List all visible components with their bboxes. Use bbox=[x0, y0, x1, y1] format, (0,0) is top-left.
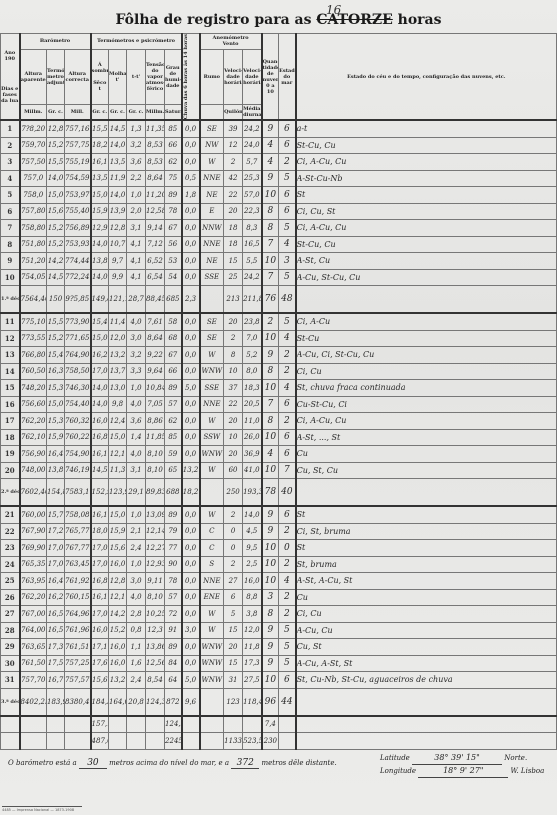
cell-diff: 3,0 bbox=[127, 573, 146, 590]
cell-diff: 2,1 bbox=[127, 523, 146, 540]
header-difference: t-t' bbox=[127, 49, 146, 105]
cell-alt-ap: 767,00 bbox=[20, 606, 47, 623]
day-cell: 20 bbox=[1, 462, 20, 479]
cell-term: 16,5 bbox=[47, 622, 65, 639]
sky-state-cell bbox=[296, 286, 557, 314]
cell-mar: 6 bbox=[279, 203, 296, 220]
cell-nuv: 10 bbox=[262, 380, 279, 397]
sky-state-cell: St bbox=[296, 187, 557, 204]
cell-vel2: 16,0 bbox=[243, 573, 262, 590]
cell-mar: 2 bbox=[279, 347, 296, 364]
cell-vel2: 5,5 bbox=[243, 253, 262, 270]
cell-molh: 11,9 bbox=[109, 170, 127, 187]
cell-seco: 149,8 bbox=[91, 286, 109, 314]
cell-tensao: 10,84 bbox=[146, 380, 165, 397]
cell-tensao: 8,64 bbox=[146, 170, 165, 187]
cell-rumo: WNW bbox=[200, 446, 224, 463]
cell-seco: 14,0 bbox=[91, 236, 109, 253]
cell-mar: 48 bbox=[279, 286, 296, 314]
cell-nuv: 10 bbox=[262, 253, 279, 270]
cell-molh: 123,9 bbox=[109, 479, 127, 507]
cell-alt-corr: 756,89 bbox=[65, 220, 91, 237]
cell-nuv: 10 bbox=[262, 187, 279, 204]
sky-state-cell: Ci, A-Cu, Cu bbox=[296, 220, 557, 237]
longitude-value: 18° 9' 27" bbox=[418, 765, 508, 778]
cell-mar: 44 bbox=[279, 688, 296, 716]
cell-diff: 4,0 bbox=[127, 589, 146, 606]
cell-vel: 20 bbox=[224, 639, 243, 656]
cell-alt-corr: 761,96 bbox=[65, 622, 91, 639]
cell-molh: 15,6 bbox=[109, 540, 127, 557]
cell-tensao: 8,10 bbox=[146, 446, 165, 463]
cell-molh: 12,1 bbox=[109, 446, 127, 463]
cell-molh: 15,0 bbox=[109, 506, 127, 523]
sky-state-cell: Cu-St-Cu, Ci bbox=[296, 396, 557, 413]
cell-vel: 15 bbox=[224, 655, 243, 672]
cell-alt-ap: 757,0 bbox=[20, 170, 47, 187]
cell-term: 15,2 bbox=[47, 220, 65, 237]
cell-tensao: 9,22 bbox=[146, 347, 165, 364]
cell-tensao: 13,86 bbox=[146, 639, 165, 656]
cell-seco: 17,1 bbox=[91, 639, 109, 656]
table-row: 25763,9516,4761,9216,812,83,09,11780,0NN… bbox=[1, 573, 557, 590]
cell-alt-ap: 775,10 bbox=[20, 313, 47, 330]
day-cell: 22 bbox=[1, 523, 20, 540]
cell-rumo: SSE bbox=[200, 380, 224, 397]
cell-rumo: NE bbox=[200, 253, 224, 270]
cell-molh: 15,0 bbox=[109, 429, 127, 446]
cell-alt-corr: 746,19 bbox=[65, 462, 91, 479]
cell-mar: 5 bbox=[279, 622, 296, 639]
cell-rumo: S bbox=[200, 556, 224, 573]
cell-seco: 12,9 bbox=[91, 220, 109, 237]
day-cell: 4 bbox=[1, 170, 20, 187]
cell-alt-ap: 7?8,20 bbox=[20, 120, 47, 137]
cell-vel2: 5,7 bbox=[243, 154, 262, 171]
day-cell: 7 bbox=[1, 220, 20, 237]
cell-diff: 2,4 bbox=[127, 540, 146, 557]
cell-alt-corr: 754,90 bbox=[65, 446, 91, 463]
cell-vel2: 4,5 bbox=[243, 523, 262, 540]
cell-seco: 15,6 bbox=[91, 672, 109, 689]
decade-summary-row: 1.ª década7564,401509?5,85149,8121,128,7… bbox=[1, 286, 557, 314]
cell-grau: 68 bbox=[165, 330, 182, 347]
cell-tensao: 8,54 bbox=[146, 672, 165, 689]
cell-alt-corr: 761,92 bbox=[65, 573, 91, 590]
header-sky-state: Estado do céu e do tempo, configuração d… bbox=[296, 34, 557, 121]
sky-state-cell: Ci, Cu bbox=[296, 606, 557, 623]
cell-alt-corr: 763,45 bbox=[65, 556, 91, 573]
cell-alt-corr: 757,75 bbox=[65, 137, 91, 154]
cell-term: 15,2 bbox=[47, 236, 65, 253]
cell-seco: 17,0 bbox=[91, 606, 109, 623]
cell-tensao: 12,93 bbox=[146, 556, 165, 573]
cell-vel: 0 bbox=[224, 523, 243, 540]
cell-vel2: 5,2 bbox=[243, 347, 262, 364]
barometer-distance-value: 372 bbox=[231, 758, 259, 769]
cell-molh: 16,0 bbox=[109, 639, 127, 656]
title-prefix: Fôlha de registro para as bbox=[116, 12, 312, 28]
table-row: 11775,1015,5773,9015,411,44,07,61580,0SE… bbox=[1, 313, 557, 330]
cell-vel: 6 bbox=[224, 589, 243, 606]
cell-seco: 16,1 bbox=[91, 154, 109, 171]
cell-term: 150 bbox=[47, 286, 65, 314]
day-cell: 26 bbox=[1, 589, 20, 606]
register-rows: 17?8,2012,8757,1615,514,51,311,35850,0SE… bbox=[1, 120, 557, 716]
cell-term: 17,0 bbox=[47, 556, 65, 573]
cell-molh: 13,2 bbox=[109, 672, 127, 689]
cell-alt-ap: 763,95 bbox=[20, 573, 47, 590]
cell-diff: 1,6 bbox=[127, 655, 146, 672]
cell-diff: 1,0 bbox=[127, 187, 146, 204]
cell-alt-ap: 761,50 bbox=[20, 655, 47, 672]
cell-vel2: 20,5 bbox=[243, 396, 262, 413]
cell-alt-corr: 760,32 bbox=[65, 413, 91, 430]
cell-grau: 688 bbox=[165, 479, 182, 507]
cell-vel2: 17,3 bbox=[243, 655, 262, 672]
cell-vel: 123 bbox=[224, 688, 243, 716]
header-wind-direction: Rumo bbox=[200, 49, 224, 105]
sky-state-cell: Ci, A-Cu, Cu bbox=[296, 413, 557, 430]
cell-chuva: 0,0 bbox=[182, 154, 200, 171]
cell-grau: 66 bbox=[165, 363, 182, 380]
table-row: 5758,015,0753,9715,014,01,011,20891,8NE2… bbox=[1, 187, 557, 204]
cell-vel: 22 bbox=[224, 396, 243, 413]
table-row: 13766,8015,4764,9016,213,23,29,22670,0W8… bbox=[1, 347, 557, 364]
cell-diff: 4,0 bbox=[127, 446, 146, 463]
cell-nuv: 9 bbox=[262, 622, 279, 639]
cell-seco: 17,0 bbox=[91, 540, 109, 557]
cell-grau: 685 bbox=[165, 286, 182, 314]
cell-vel: 0 bbox=[224, 540, 243, 557]
table-row: 22767,9017,2765,7718,015,92,112,14790,0C… bbox=[1, 523, 557, 540]
table-row: 10754,0514,5772,2414,09,94,16,54540,0SSE… bbox=[1, 269, 557, 286]
cell-chuva: 0,0 bbox=[182, 347, 200, 364]
cell-alt-ap: 765,35 bbox=[20, 556, 47, 573]
cell-alt-ap: 757,70 bbox=[20, 672, 47, 689]
cell-diff: 1,0 bbox=[127, 380, 146, 397]
cell-nuv: 7 bbox=[262, 396, 279, 413]
cell-rumo: C bbox=[200, 540, 224, 557]
cell-rumo: WNW bbox=[200, 672, 224, 689]
cell-alt-ap: 762,10 bbox=[20, 429, 47, 446]
total-wind-mean-2: 523,5 bbox=[243, 733, 262, 750]
cell-vel2: 16,5 bbox=[243, 236, 262, 253]
cell-chuva: 0,0 bbox=[182, 540, 200, 557]
cell-vel2: 22,3 bbox=[243, 203, 262, 220]
cell-diff: 2,2 bbox=[127, 170, 146, 187]
cell-term: 16,4 bbox=[47, 573, 65, 590]
cell-tensao: 89,83 bbox=[146, 479, 165, 507]
cell-tensao: 13,09 bbox=[146, 506, 165, 523]
cell-diff: 28,7 bbox=[127, 286, 146, 314]
day-cell: 5 bbox=[1, 187, 20, 204]
cell-vel2: 36,9 bbox=[243, 446, 262, 463]
cell-tensao: 7,12 bbox=[146, 236, 165, 253]
cell-nuv: 9 bbox=[262, 347, 279, 364]
cell-diff: 2,0 bbox=[127, 203, 146, 220]
header-barometer: Barómetro bbox=[20, 34, 91, 50]
cell-term: 17,2 bbox=[47, 523, 65, 540]
latitude-value: 38° 39' 15" bbox=[412, 752, 502, 765]
cell-term: 15,5 bbox=[47, 154, 65, 171]
cell-vel2: 8,8 bbox=[243, 589, 262, 606]
cell-vel: 2 bbox=[224, 556, 243, 573]
cell-term: 13,8 bbox=[47, 462, 65, 479]
sky-state-cell: Ci, A-Cu bbox=[296, 313, 557, 330]
cell-tensao: 11,85 bbox=[146, 429, 165, 446]
sky-state-cell: Ci, Cu bbox=[296, 363, 557, 380]
cell-molh: 12,1 bbox=[109, 589, 127, 606]
cell-chuva: 1,8 bbox=[182, 187, 200, 204]
header-thermometers: Termómetros e psicrómetro bbox=[91, 34, 182, 50]
cell-vel2: 118,4 bbox=[243, 688, 262, 716]
cell-term: 15,9 bbox=[47, 429, 65, 446]
table-row: 26762,2016,2760,1516,112,14,08,10570,0EN… bbox=[1, 589, 557, 606]
cell-mar: 2 bbox=[279, 523, 296, 540]
cell-seco: 18,0 bbox=[91, 523, 109, 540]
cell-vel: 20 bbox=[224, 313, 243, 330]
cell-term: 154,8 bbox=[47, 479, 65, 507]
cell-chuva: 0,0 bbox=[182, 363, 200, 380]
cell-nuv: 9 bbox=[262, 639, 279, 656]
cell-alt-corr: 8380,47 bbox=[65, 688, 91, 716]
table-row: 17?8,2012,8757,1615,514,51,311,35850,0SE… bbox=[1, 120, 557, 137]
cell-nuv: 10 bbox=[262, 462, 279, 479]
cell-alt-corr: 761,51 bbox=[65, 639, 91, 656]
cell-mar: 4 bbox=[279, 236, 296, 253]
table-row: 18762,1015,9760,2216,815,01,411,85850,0S… bbox=[1, 429, 557, 446]
cell-rumo: NE bbox=[200, 187, 224, 204]
cell-vel: 39 bbox=[224, 120, 243, 137]
cell-nuv: 8 bbox=[262, 606, 279, 623]
cell-mar: 3 bbox=[279, 253, 296, 270]
cell-tensao: 12,3 bbox=[146, 622, 165, 639]
cell-rumo: SSW bbox=[200, 429, 224, 446]
cell-vel: 22 bbox=[224, 187, 243, 204]
cell-rumo: WNW bbox=[200, 363, 224, 380]
cell-alt-ap: 748,20 bbox=[20, 380, 47, 397]
title-struck-hour: CATORZE bbox=[316, 12, 392, 28]
cell-molh: 16,0 bbox=[109, 655, 127, 672]
cell-molh: 14,2 bbox=[109, 606, 127, 623]
cell-tensao: 8,10 bbox=[146, 589, 165, 606]
day-cell: 2 bbox=[1, 137, 20, 154]
unit-attached-thermometer: Gr. c. bbox=[47, 105, 65, 121]
cell-vel2: 8,3 bbox=[243, 220, 262, 237]
cell-diff: 1,0 bbox=[127, 506, 146, 523]
cell-grau: 53 bbox=[165, 253, 182, 270]
cell-alt-corr: 758,50 bbox=[65, 363, 91, 380]
cell-mar: 6 bbox=[279, 137, 296, 154]
unit-apparent-height: Millm. bbox=[20, 105, 47, 121]
cell-molh: 14,0 bbox=[109, 187, 127, 204]
cell-term: 16,5 bbox=[47, 606, 65, 623]
cell-grau: 89 bbox=[165, 380, 182, 397]
cell-vel2: 41,0 bbox=[243, 462, 262, 479]
cell-chuva: 0,0 bbox=[182, 573, 200, 590]
cell-seco: 152,9 bbox=[91, 479, 109, 507]
cell-grau: 84 bbox=[165, 655, 182, 672]
page-title: Fôlha de registro para as CATORZE horas bbox=[0, 12, 557, 28]
cell-term: 15,2 bbox=[47, 137, 65, 154]
day-cell: 16 bbox=[1, 396, 20, 413]
cell-grau: 62 bbox=[165, 413, 182, 430]
cell-chuva: 0,0 bbox=[182, 446, 200, 463]
cell-chuva: 0,0 bbox=[182, 269, 200, 286]
cell-alt-ap: 7602,40 bbox=[20, 479, 47, 507]
cell-rumo: WNW bbox=[200, 639, 224, 656]
cell-nuv: 10 bbox=[262, 540, 279, 557]
cell-diff: 3,2 bbox=[127, 137, 146, 154]
cell-vel2: 11,0 bbox=[243, 413, 262, 430]
cell-vel2: 24,2 bbox=[243, 269, 262, 286]
cell-rumo: W bbox=[200, 622, 224, 639]
cell-mar: 2 bbox=[279, 589, 296, 606]
sky-state-cell: St-Cu bbox=[296, 330, 557, 347]
cell-tensao: 7,05 bbox=[146, 396, 165, 413]
cell-vel: 60 bbox=[224, 462, 243, 479]
cell-vel2: 14,0 bbox=[243, 506, 262, 523]
cell-seco: 17,6 bbox=[91, 655, 109, 672]
cell-alt-ap: 751,20 bbox=[20, 253, 47, 270]
cell-seco: 16,1 bbox=[91, 506, 109, 523]
cell-grau: 62 bbox=[165, 154, 182, 171]
table-row: 14760,5016,3758,5017,013,73,39,64660,0WN… bbox=[1, 363, 557, 380]
latitude-line: Latitude 38° 39' 15" Norte. bbox=[380, 752, 544, 765]
sky-state-cell: Cu bbox=[296, 446, 557, 463]
cell-chuva: 18,2 bbox=[182, 479, 200, 507]
cell-chuva: 0,0 bbox=[182, 137, 200, 154]
header-anemometer: AnemómetroVento bbox=[200, 34, 262, 50]
sky-state-cell: St-Cu, Cu bbox=[296, 236, 557, 253]
cell-rumo bbox=[200, 479, 224, 507]
cell-rumo: W bbox=[200, 413, 224, 430]
cell-molh: 13,7 bbox=[109, 363, 127, 380]
cell-diff: 3,1 bbox=[127, 220, 146, 237]
cell-nuv: 96 bbox=[262, 688, 279, 716]
cell-rumo: SE bbox=[200, 120, 224, 137]
cell-seco: 16,0 bbox=[91, 413, 109, 430]
cell-seco: 14,0 bbox=[91, 380, 109, 397]
cell-tensao: 10,25 bbox=[146, 606, 165, 623]
cell-vel: 12 bbox=[224, 137, 243, 154]
unit-wind-direction bbox=[200, 105, 224, 121]
day-cell: 9 bbox=[1, 253, 20, 270]
header-apparent-height: Altura aparente bbox=[20, 49, 47, 105]
cell-alt-corr: 765,77 bbox=[65, 523, 91, 540]
cell-chuva: 0,0 bbox=[182, 313, 200, 330]
cell-term: 16,2 bbox=[47, 589, 65, 606]
cell-diff: 3,1 bbox=[127, 462, 146, 479]
cell-grau: 90 bbox=[165, 556, 182, 573]
table-row: 29763,6517,3761,5117,116,01,113,86890,0W… bbox=[1, 639, 557, 656]
cell-term: 15,5 bbox=[47, 313, 65, 330]
cell-alt-ap: 748,00 bbox=[20, 462, 47, 479]
header-humidity: Grau de humi-dade bbox=[165, 49, 182, 105]
cell-diff: 3,0 bbox=[127, 330, 146, 347]
cell-alt-corr: 764,96 bbox=[65, 606, 91, 623]
unit-wet: Gr. c. bbox=[109, 105, 127, 121]
cell-molh: 13,2 bbox=[109, 347, 127, 364]
cell-grau: 57 bbox=[165, 396, 182, 413]
cell-vel: 10 bbox=[224, 363, 243, 380]
cell-vel2: 24,0 bbox=[243, 137, 262, 154]
cell-alt-corr: 757,25 bbox=[65, 655, 91, 672]
cell-vel: 2 bbox=[224, 506, 243, 523]
cell-nuv: 78 bbox=[262, 479, 279, 507]
cell-term: 15,7 bbox=[47, 506, 65, 523]
sky-state-cell: Ci, Cu, St bbox=[296, 203, 557, 220]
cell-alt-corr: 753,93 bbox=[65, 236, 91, 253]
totals-rows: 157,1 124,5 7,4 487,0 2245 1133 523,5 23… bbox=[1, 716, 557, 750]
printer-imprint: 4485 — Imprensa Nacional — 1873-1908 bbox=[2, 806, 82, 812]
cell-vel: 15 bbox=[224, 253, 243, 270]
decade-summary-row: 2.ª década7602,40154,87583,11152,9123,92… bbox=[1, 479, 557, 507]
cell-vel2: 25,3 bbox=[243, 170, 262, 187]
cell-alt-corr: 764,90 bbox=[65, 347, 91, 364]
cell-term: 15,0 bbox=[47, 396, 65, 413]
cell-vel: 18 bbox=[224, 220, 243, 237]
cell-grau: 67 bbox=[165, 347, 182, 364]
cell-mar: 2 bbox=[279, 556, 296, 573]
cell-molh: 10,7 bbox=[109, 236, 127, 253]
cell-term: 17,3 bbox=[47, 639, 65, 656]
cell-mar: 2 bbox=[279, 413, 296, 430]
cell-rumo bbox=[200, 286, 224, 314]
cell-molh: 121,1 bbox=[109, 286, 127, 314]
cell-vel: 5 bbox=[224, 606, 243, 623]
cell-chuva: 0,0 bbox=[182, 220, 200, 237]
cell-rumo: NNE bbox=[200, 236, 224, 253]
cell-molh: 11,3 bbox=[109, 462, 127, 479]
cell-vel2: 211,8 bbox=[243, 286, 262, 314]
cell-seco: 17,0 bbox=[91, 556, 109, 573]
cell-alt-ap: 756,60 bbox=[20, 396, 47, 413]
cell-seco: 16,1 bbox=[91, 589, 109, 606]
cell-term: 17,5 bbox=[47, 655, 65, 672]
day-cell: 17 bbox=[1, 413, 20, 430]
day-cell: 11 bbox=[1, 313, 20, 330]
cell-rumo: NNE bbox=[200, 170, 224, 187]
cell-molh: 12,8 bbox=[109, 573, 127, 590]
cell-diff: 4,1 bbox=[127, 269, 146, 286]
cell-alt-ap: 760,00 bbox=[20, 506, 47, 523]
table-row: 23769,9017,0767,7717,015,62,412,27770,0C… bbox=[1, 540, 557, 557]
cell-grau: 67 bbox=[165, 220, 182, 237]
cell-alt-ap: 764,00 bbox=[20, 622, 47, 639]
sky-state-cell: Ci, St, bruma bbox=[296, 523, 557, 540]
cell-mar: 7 bbox=[279, 462, 296, 479]
cell-alt-ap: 762,20 bbox=[20, 413, 47, 430]
cell-mar: 6 bbox=[279, 187, 296, 204]
cell-diff: 4,0 bbox=[127, 396, 146, 413]
cell-alt-corr: 767,77 bbox=[65, 540, 91, 557]
day-cell: 18 bbox=[1, 429, 20, 446]
unit-humidity: Saturação=100 bbox=[165, 105, 182, 121]
cell-diff: 4,1 bbox=[127, 236, 146, 253]
cell-alt-corr: 773,90 bbox=[65, 313, 91, 330]
cell-vel: 27 bbox=[224, 573, 243, 590]
cell-rumo: W bbox=[200, 606, 224, 623]
cell-chuva: 0,0 bbox=[182, 429, 200, 446]
cell-mar: 6 bbox=[279, 396, 296, 413]
cell-mar: 5 bbox=[279, 170, 296, 187]
cell-chuva: 0,0 bbox=[182, 655, 200, 672]
cell-nuv: 76 bbox=[262, 286, 279, 314]
cell-diff: 3,3 bbox=[127, 363, 146, 380]
cell-seco: 184,3 bbox=[91, 688, 109, 716]
